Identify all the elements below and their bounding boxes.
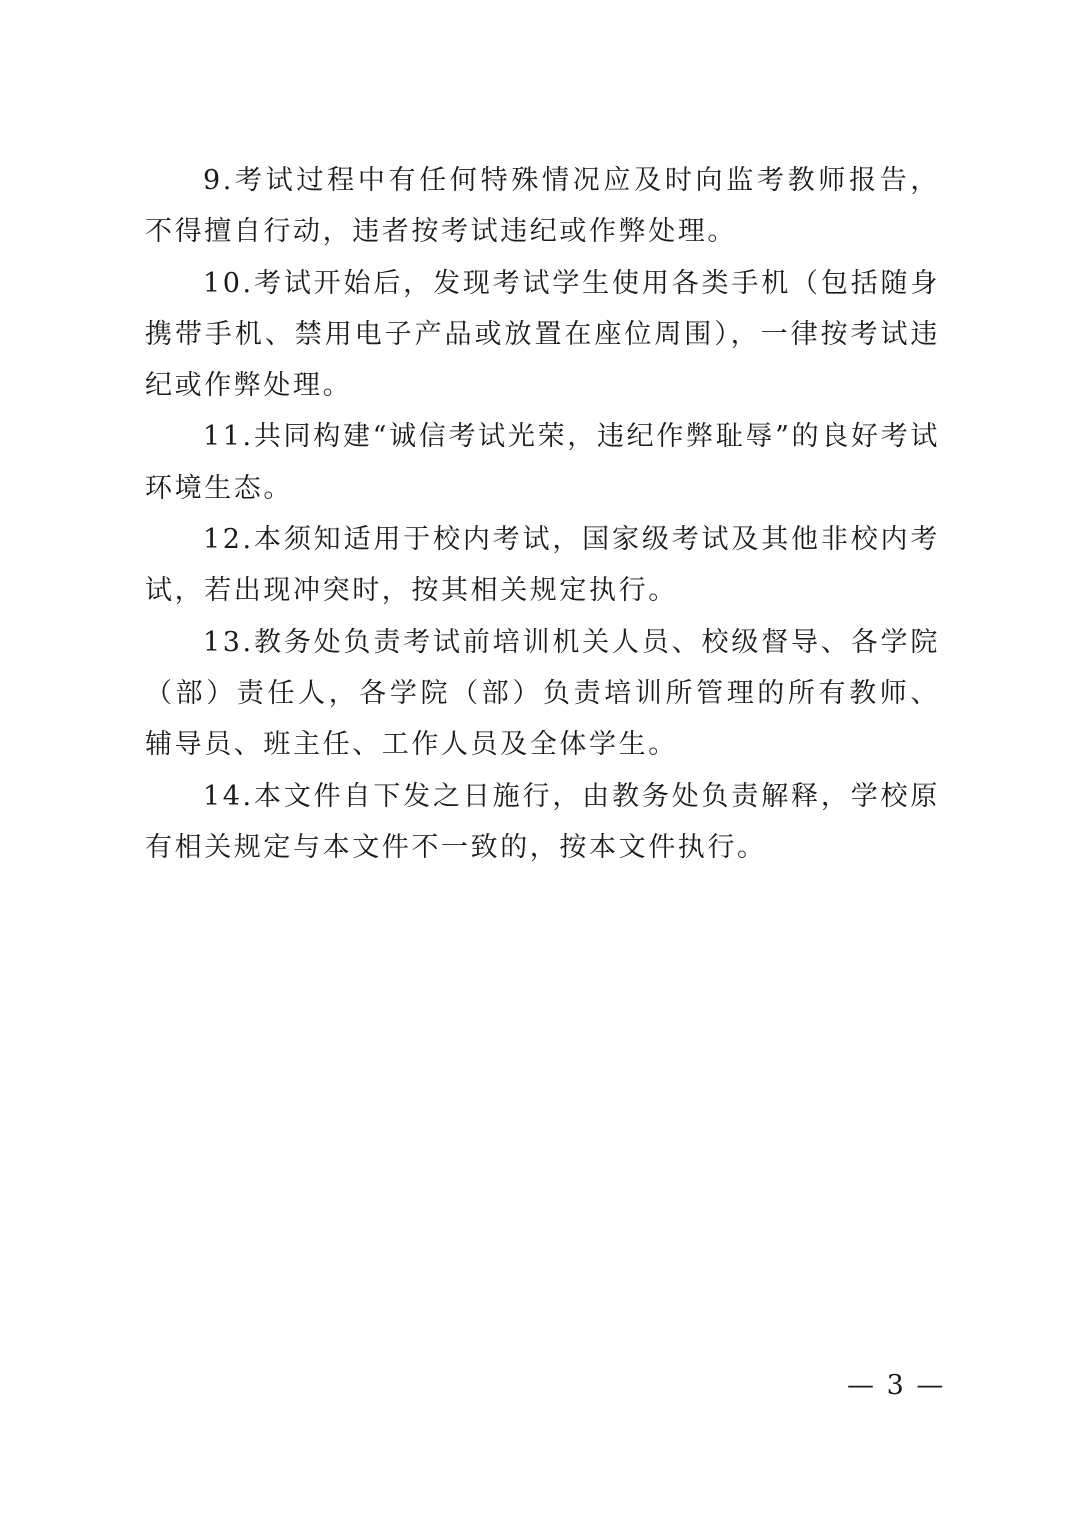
document-body: 9.考试过程中有任何特殊情况应及时向监考教师报告，不得擅自行动，违者按考试违纪或… xyxy=(145,155,940,873)
clause-13: 13.教务处负责考试前培训机关人员、校级督导、各学院（部）责任人，各学院（部）负… xyxy=(145,617,940,771)
page-number: — 3 — xyxy=(847,1370,945,1401)
clause-14: 14.本文件自下发之日施行，由教务处负责解释，学校原有相关规定与本文件不一致的，… xyxy=(145,771,940,874)
clause-12: 12.本须知适用于校内考试，国家级考试及其他非校内考试，若出现冲突时，按其相关规… xyxy=(145,514,940,617)
clause-9: 9.考试过程中有任何特殊情况应及时向监考教师报告，不得擅自行动，违者按考试违纪或… xyxy=(145,155,940,258)
clause-10: 10.考试开始后，发现考试学生使用各类手机（包括随身携带手机、禁用电子产品或放置… xyxy=(145,258,940,412)
clause-11: 11.共同构建“诚信考试光荣，违纪作弊耻辱”的良好考试环境生态。 xyxy=(145,411,940,514)
document-page: 9.考试过程中有任何特殊情况应及时向监考教师报告，不得擅自行动，违者按考试违纪或… xyxy=(0,0,1080,1518)
